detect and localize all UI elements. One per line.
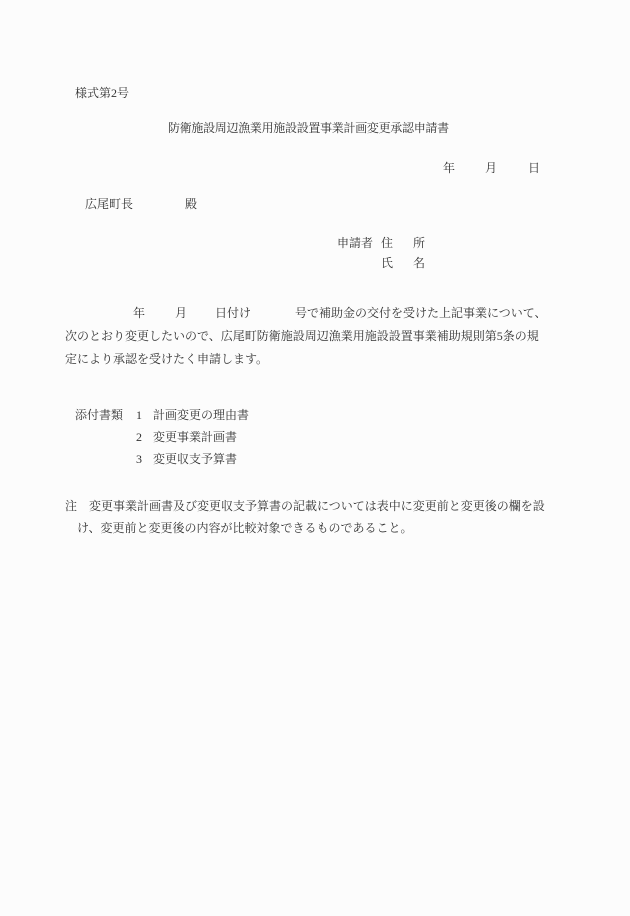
body-line3-text: 定により承認を受けたく申請します。 — [65, 352, 268, 366]
attachment-item-text: 変更収支予算書 — [153, 452, 237, 466]
date-year-label: 年 — [443, 161, 455, 175]
body-line1-text: 号で補助金の交付を受けた上記事業について、 — [295, 306, 547, 320]
attachment-item-number: 1 — [136, 408, 142, 422]
applicant-address-label: 住 所 — [381, 236, 429, 250]
attachment-item-number: 2 — [136, 430, 142, 444]
addressee-honorific: 殿 — [185, 197, 197, 211]
applicant-name-label: 氏 名 — [381, 256, 429, 270]
applicant-label: 申請者 — [337, 236, 373, 250]
attachment-item-number: 3 — [136, 452, 142, 466]
attachment-item-text: 変更事業計画書 — [153, 430, 237, 444]
note-label: 注 — [65, 499, 77, 513]
date-month-label: 月 — [485, 161, 497, 175]
document-title: 防衛施設周辺漁業用施設設置事業計画変更承認申請書 — [168, 121, 449, 135]
addressee-name: 広尾町長 — [85, 197, 133, 211]
date-day-label: 日 — [528, 161, 540, 175]
body-year-label: 年 — [133, 306, 145, 320]
body-line2-text: 次のとおり変更したいので、広尾町防衛施設周辺漁業用施設設置事業補助規則第5条の規 — [65, 329, 539, 343]
attachments-label: 添付書類 — [75, 408, 123, 422]
body-day-label: 日付け — [215, 306, 251, 320]
attachment-item-text: 計画変更の理由書 — [153, 408, 249, 422]
note-line2-text: け、変更前と変更後の内容が比較対象できるものであること。 — [77, 521, 413, 535]
note-line1-text: 変更事業計画書及び変更収支予算書の記載については表中に変更前と変更後の欄を設 — [89, 499, 545, 513]
application-form-document: 様式第2号 防衛施設周辺漁業用施設設置事業計画変更承認申請書 年 月 日 広尾町… — [0, 0, 630, 916]
body-month-label: 月 — [175, 306, 187, 320]
form-number: 様式第2号 — [75, 86, 129, 100]
